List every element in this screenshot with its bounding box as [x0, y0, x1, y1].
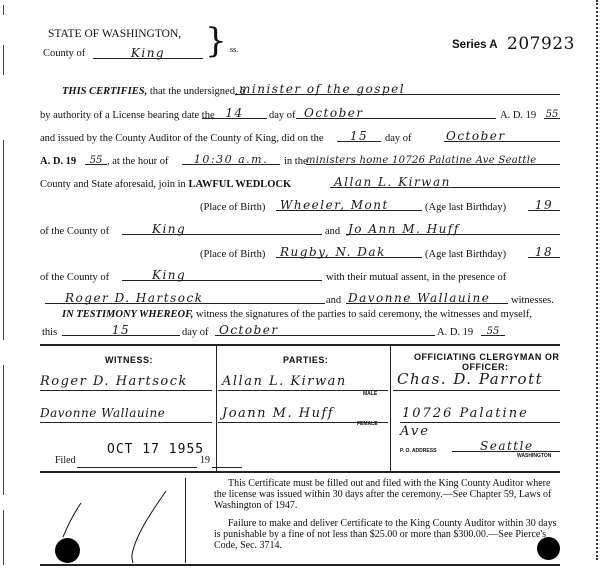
po-address-label: P. O. ADDRESS	[400, 448, 436, 454]
county-field: King	[93, 44, 203, 59]
pen-stroke-marks	[0, 470, 200, 568]
column-divider-1	[216, 346, 217, 471]
bride-birth-field: Rugby, N. Dak	[276, 243, 422, 258]
filed-date-line	[77, 467, 197, 468]
bride-age-field: 18	[528, 243, 560, 258]
filed-year-line	[212, 467, 242, 468]
groom-county-field: King	[122, 220, 322, 235]
bride-county-field: King	[122, 266, 322, 281]
witnesses-and-label: and	[326, 295, 341, 306]
groom-name-field: Allan L. Kirwan	[330, 173, 560, 188]
ceremony-ad-label: A. D. 19	[40, 156, 76, 167]
license-prefix: by authority of a License bearing date t…	[40, 110, 215, 121]
groom-age-label: (Age last Birthday)	[425, 202, 506, 213]
po-city-field: Seattle	[452, 437, 560, 452]
county-label: County of	[43, 48, 85, 59]
witness-signature-2: Davonne Wallauine	[40, 404, 212, 423]
testimony-day-of-label: day of	[182, 327, 209, 338]
male-tag: MALE	[363, 391, 377, 397]
witness-2-field: Davonne Wallauine	[346, 289, 508, 304]
column-divider-2	[390, 346, 391, 471]
and-label: and	[325, 226, 340, 237]
hour-label: , at the hour of	[107, 156, 169, 167]
officer-address: 10726 Palatine Ave	[400, 404, 560, 423]
testimony-day-field: 15	[62, 321, 180, 336]
scan-mark	[3, 45, 4, 75]
this-label: this	[42, 327, 57, 338]
punch-hole	[537, 537, 560, 560]
table-top-rule	[40, 344, 560, 346]
series-label: Series A	[452, 39, 498, 51]
wedlock-text: County and State aforesaid, join in LAWF…	[40, 179, 291, 190]
testimony-year-field: 55	[481, 321, 505, 336]
notice-paragraph-2: Failure to make and deliver Certificate …	[214, 518, 562, 551]
bride-age-label: (Age last Birthday)	[425, 249, 506, 260]
bride-birth-label: (Place of Birth)	[200, 249, 265, 260]
witness-header: WITNESS:	[105, 355, 153, 365]
scan-mark	[3, 140, 4, 340]
party-signature-1: Allan L. Kirwan	[218, 372, 388, 391]
testimony-text: IN TESTIMONY WHEREOF, witness the signat…	[62, 309, 532, 320]
bride-name-field: Jo Ann M. Huff	[346, 220, 560, 235]
groom-birth-field: Wheeler, Mont	[276, 196, 422, 211]
bottom-rule	[40, 564, 560, 566]
issued-day-field: 15	[337, 127, 381, 142]
testimony-ad-label: A. D. 19	[437, 327, 473, 338]
po-state-label: WASHINGTON	[517, 453, 551, 459]
filed-label: Filed	[55, 455, 76, 466]
groom-birth-label: (Place of Birth)	[200, 202, 265, 213]
officer-header-1: OFFICIATING CLERGYMAN OR	[414, 352, 559, 362]
in-the-label: in the	[284, 156, 308, 167]
ad-label: A. D. 19	[500, 110, 536, 121]
notice-paragraph-1: This Certificate must be filled out and …	[214, 478, 562, 511]
ceremony-year-field: 55	[85, 150, 107, 165]
scan-mark	[3, 5, 4, 15]
issued-day-of-label: day of	[385, 133, 412, 144]
filed-stamp: OCT 17 1955	[107, 442, 204, 457]
officer-signature: Chas. D. Parrott	[393, 370, 560, 391]
hour-field: 10:30 a.m.	[182, 150, 280, 165]
parties-header: PARTIES:	[283, 355, 328, 365]
ss-label: ss.	[230, 45, 238, 54]
mutual-assent-text: with their mutual assent, in the presenc…	[326, 272, 506, 283]
issued-month-field: October	[444, 127, 560, 142]
filed-year-prefix: 19	[200, 455, 210, 466]
groom-county-label: of the County of	[40, 226, 109, 237]
officiant-title-field: minister of the gospel	[235, 80, 560, 95]
groom-age-field: 19	[528, 196, 560, 211]
testimony-month-field: October	[215, 321, 435, 336]
license-month-field: October	[296, 104, 496, 119]
witness-1-field: Roger D. Hartsock	[45, 289, 325, 304]
license-year-field: 55	[544, 104, 560, 119]
issued-prefix: and issued by the County Auditor of the …	[40, 133, 323, 144]
license-day-field: 14	[202, 104, 267, 119]
day-of-label: day of	[269, 110, 296, 121]
state-heading: STATE OF WASHINGTON,	[48, 28, 181, 40]
ceremony-place-field: ministers home 10726 Palatine Ave Seattl…	[306, 150, 560, 165]
bride-county-label: of the County of	[40, 272, 109, 283]
series-number: 207923	[507, 34, 575, 54]
certifies-text: THIS CERTIFIES, that the undersigned, a	[62, 86, 245, 97]
witnesses-suffix: witnesses.	[511, 295, 554, 306]
female-tag: FEMALE	[357, 421, 378, 427]
witness-signature-1: Roger D. Hartsock	[40, 372, 212, 391]
right-perforated-border	[596, 0, 598, 560]
brace: }	[205, 24, 227, 58]
